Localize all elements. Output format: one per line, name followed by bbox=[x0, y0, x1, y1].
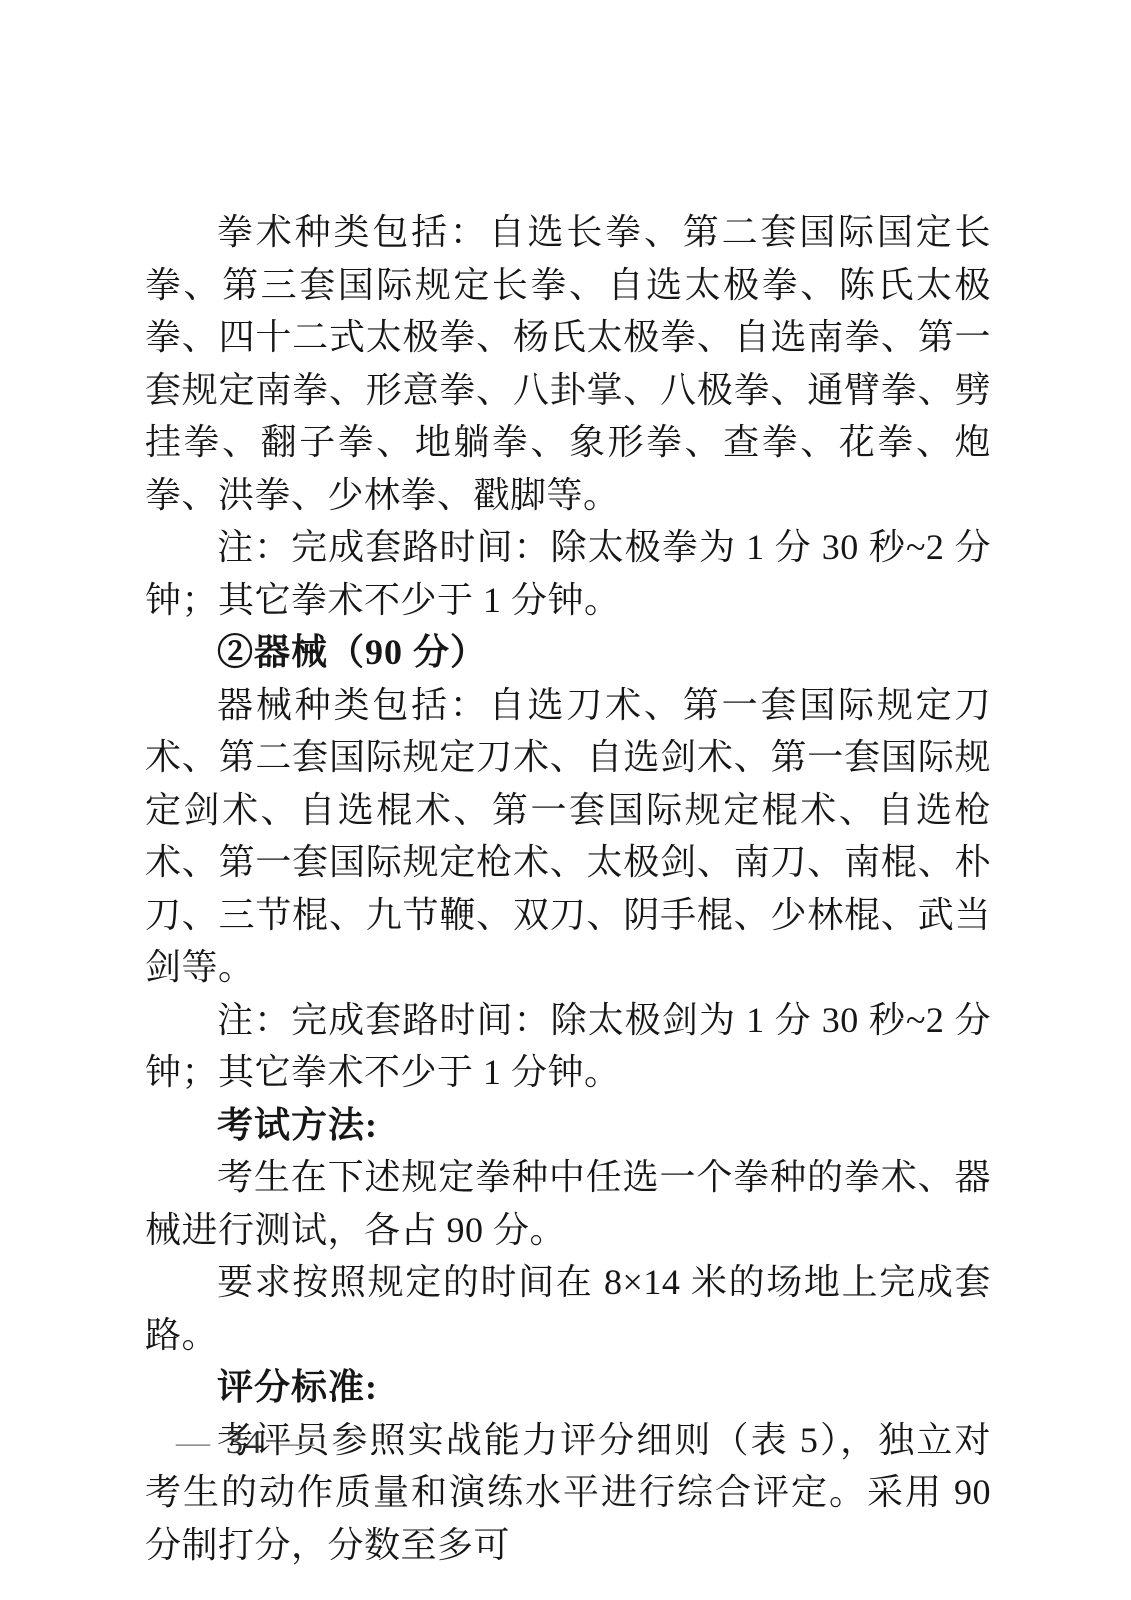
paragraph-quanshu-types: 拳术种类包括：自选长拳、第二套国际国定长拳、第三套国际规定长拳、自选太极拳、陈氏… bbox=[145, 206, 991, 521]
page-number: 34 bbox=[226, 1424, 264, 1461]
paragraph-qixie-types: 器械种类包括：自选刀术、第一套国际规定刀术、第二套国际规定刀术、自选剑术、第一套… bbox=[145, 679, 991, 994]
heading-qixie: ②器械（90 分） bbox=[145, 626, 991, 679]
paragraph-venue-requirement: 要求按照规定的时间在 8×14 米的场地上完成套路。 bbox=[145, 1256, 991, 1361]
note-quanshu-time: 注：完成套路时间：除太极拳为 1 分 30 秒~2 分钟；其它拳术不少于 1 分… bbox=[145, 521, 991, 626]
heading-exam-method: 考试方法: bbox=[145, 1099, 991, 1152]
page-footer: —34— bbox=[176, 1426, 314, 1460]
note-qixie-time: 注：完成套路时间：除太极剑为 1 分 30 秒~2 分钟；其它拳术不少于 1 分… bbox=[145, 994, 991, 1099]
document-page: 拳术种类包括：自选长拳、第二套国际国定长拳、第三套国际规定长拳、自选太极拳、陈氏… bbox=[0, 0, 1131, 1600]
paragraph-exam-method: 考生在下述规定拳种中任选一个拳种的拳术、器械进行测试，各占 90 分。 bbox=[145, 1151, 991, 1256]
document-body: 拳术种类包括：自选长拳、第二套国际国定长拳、第三套国际规定长拳、自选太极拳、陈氏… bbox=[145, 206, 991, 1571]
footer-dash-left: — bbox=[176, 1424, 210, 1461]
footer-dash-right: — bbox=[280, 1424, 314, 1461]
heading-scoring-standard: 评分标准: bbox=[145, 1361, 991, 1414]
